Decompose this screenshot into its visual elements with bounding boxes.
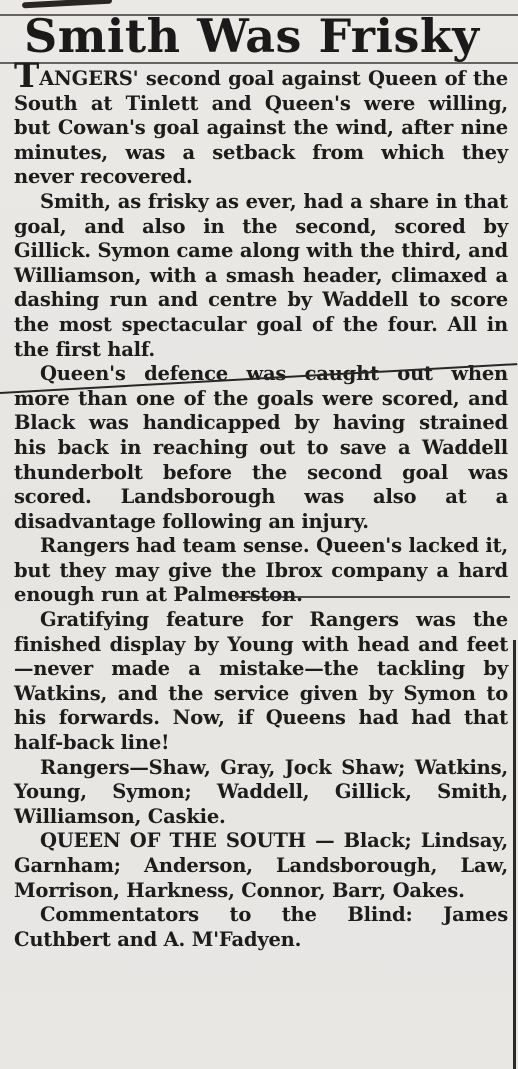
column-border [513,640,516,1069]
paragraph-5: Gratifying feature for Rangers was the f… [14,608,508,756]
paragraph-1: TANGERS' second goal against Queen of th… [14,64,508,190]
article-body: TANGERS' second goal against Queen of th… [14,64,508,952]
newspaper-clipping: Smith Was Frisky TANGERS' second goal ag… [0,0,518,1069]
drop-cap: T [14,56,39,96]
paragraph-2: Smith, as frisky as ever, had a share in… [14,190,508,362]
underline-mark [235,596,510,598]
queens-lineup: QUEEN OF THE SOUTH — Black; Lindsay, Gar… [14,829,508,903]
headline: Smith Was Frisky [24,8,504,64]
rangers-lineup: Rangers—Shaw, Gray, Jock Shaw; Watkins, … [14,756,508,830]
commentators-line: Commentators to the Blind: James Cuthber… [14,903,508,952]
